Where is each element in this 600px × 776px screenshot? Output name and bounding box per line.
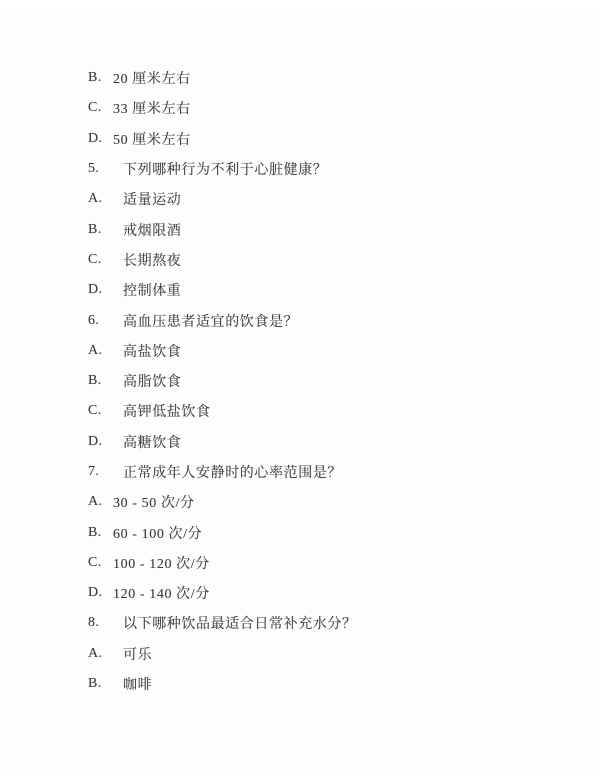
option-letter: B. [88, 676, 113, 692]
option-line: D. 高糖饮食 [88, 427, 580, 457]
option-text: 20 厘米左右 [113, 68, 191, 88]
option-line: A. 30 - 50 次/分 [88, 487, 580, 517]
question-line: 5. 下列哪种行为不利于心脏健康？ [88, 154, 580, 184]
option-text: 适量运动 [113, 189, 181, 209]
option-text: 咖啡 [113, 674, 152, 694]
option-text: 戒烟限酒 [113, 220, 181, 240]
option-letter: C. [88, 555, 113, 571]
option-line: B. 20 厘米左右 [88, 63, 580, 93]
option-line: D. 控制体重 [88, 275, 580, 305]
option-line: B. 高脂饮食 [88, 366, 580, 396]
option-line: B. 60 - 100 次/分 [88, 517, 580, 547]
option-text: 50 厘米左右 [113, 129, 191, 149]
option-line: C. 高钾低盐饮食 [88, 396, 580, 426]
option-text: 高糖饮食 [113, 432, 181, 452]
question-text: 高血压患者适宜的饮食是？ [113, 311, 298, 331]
option-line: A. 高盐饮食 [88, 336, 580, 366]
question-number: 8. [88, 615, 113, 631]
option-letter: C. [88, 403, 113, 419]
option-text: 高钾低盐饮食 [113, 401, 211, 421]
option-text: 33 厘米左右 [113, 98, 191, 118]
option-letter: D. [88, 434, 113, 450]
option-letter: C. [88, 100, 113, 116]
option-text: 100 - 120 次/分 [113, 553, 210, 573]
option-line: C. 长期熬夜 [88, 245, 580, 275]
question-number: 5. [88, 161, 113, 177]
question-line: 8. 以下哪种饮品最适合日常补充水分？ [88, 608, 580, 638]
option-line: B. 戒烟限酒 [88, 214, 580, 244]
option-line: A. 可乐 [88, 639, 580, 669]
option-text: 高脂饮食 [113, 371, 181, 391]
option-text: 30 - 50 次/分 [113, 492, 195, 512]
option-letter: D. [88, 131, 113, 147]
question-text: 正常成年人安静时的心率范围是？ [113, 462, 342, 482]
option-line: B. 咖啡 [88, 669, 580, 699]
option-text: 高盐饮食 [113, 341, 181, 361]
option-text: 可乐 [113, 644, 152, 664]
option-letter: A. [88, 343, 113, 359]
option-letter: A. [88, 191, 113, 207]
option-letter: B. [88, 373, 113, 389]
option-letter: B. [88, 222, 113, 238]
option-line: C. 33 厘米左右 [88, 93, 580, 123]
question-text: 下列哪种行为不利于心脏健康？ [113, 159, 327, 179]
option-letter: D. [88, 282, 113, 298]
option-letter: A. [88, 494, 113, 510]
question-number: 6. [88, 313, 113, 329]
option-text: 120 - 140 次/分 [113, 583, 210, 603]
question-text: 以下哪种饮品最适合日常补充水分？ [113, 613, 357, 633]
option-text: 60 - 100 次/分 [113, 523, 202, 543]
question-line: 6. 高血压患者适宜的饮食是？ [88, 305, 580, 335]
question-line: 7. 正常成年人安静时的心率范围是？ [88, 457, 580, 487]
option-letter: D. [88, 585, 113, 601]
option-letter: A. [88, 646, 113, 662]
option-line: A. 适量运动 [88, 184, 580, 214]
question-number: 7. [88, 464, 113, 480]
document-page: B. 20 厘米左右 C. 33 厘米左右 D. 50 厘米左右 5. 下列哪种… [88, 63, 580, 699]
option-line: C. 100 - 120 次/分 [88, 548, 580, 578]
document-viewer: { "page": { "background_top": "#ffffff",… [0, 0, 600, 776]
option-letter: B. [88, 525, 113, 541]
option-text: 长期熬夜 [113, 250, 181, 270]
option-letter: C. [88, 252, 113, 268]
option-letter: B. [88, 70, 113, 86]
option-line: D. 50 厘米左右 [88, 124, 580, 154]
option-text: 控制体重 [113, 280, 181, 300]
option-line: D. 120 - 140 次/分 [88, 578, 580, 608]
